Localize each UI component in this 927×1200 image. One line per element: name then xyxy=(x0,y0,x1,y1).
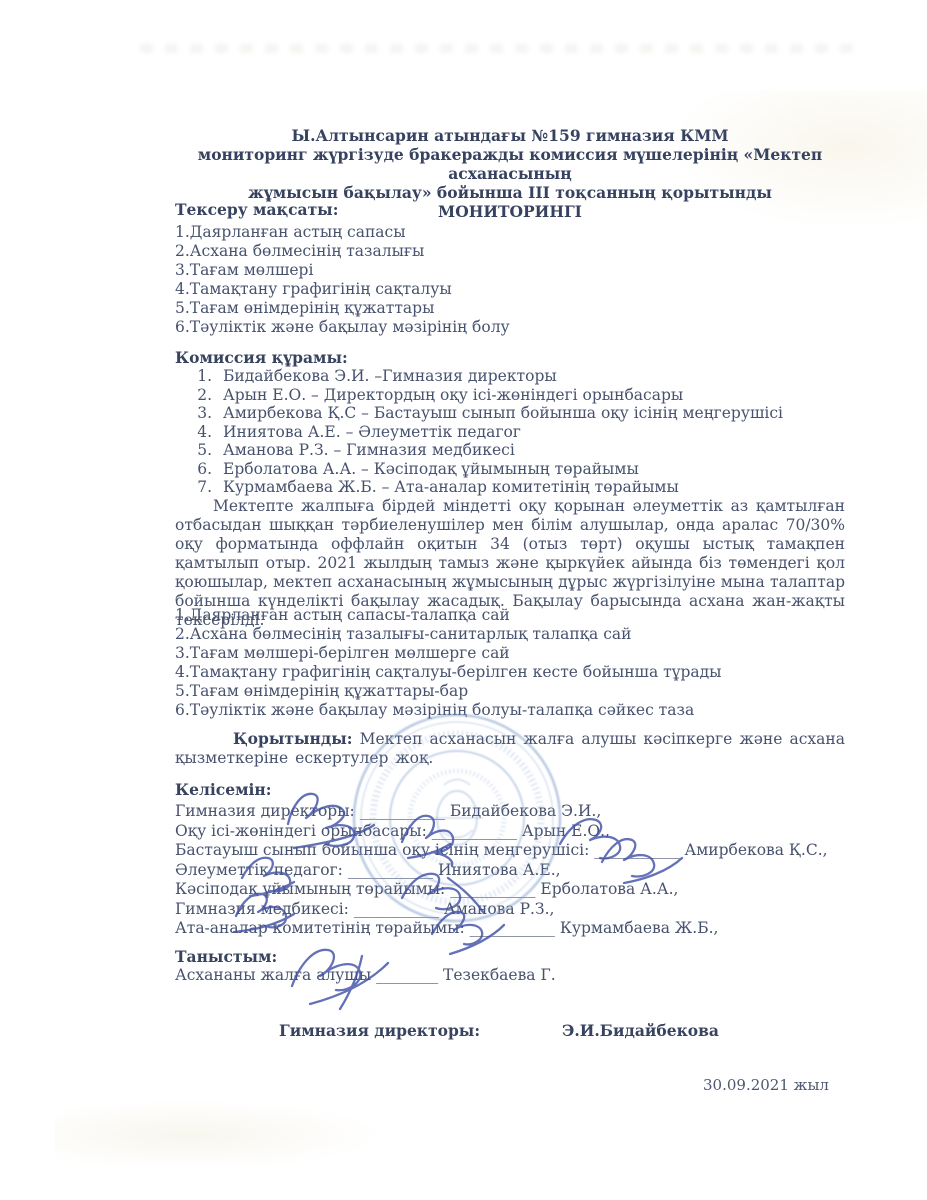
signer-role: Кәсіподақ ұйымының төрайымы: xyxy=(175,880,450,898)
list-item: 1.Даярланған астың сапасы xyxy=(175,223,845,242)
signer-name: Амирбекова Қ.С., xyxy=(680,841,828,859)
signer-role: Асхананы жалға алушы xyxy=(175,966,376,984)
signer-name: Арын Е.О., xyxy=(517,822,610,840)
commission-heading: Комиссия құрамы: xyxy=(175,348,845,367)
scan-tint-artifact xyxy=(55,1100,385,1170)
commission-section: Комиссия құрамы: Бидайбекова Э.И. –Гимна… xyxy=(175,348,845,497)
signature-line-canteen-lessee: Асхананы жалға алушы ________ Тезекбаева… xyxy=(175,966,845,986)
commission-member: Арын Е.О. – Директордың оқу ісі-жөніндег… xyxy=(217,386,845,405)
findings-list: 1.Даярланған астың сапасы-талапқа сай 2.… xyxy=(175,606,845,720)
list-item: 5.Тағам өнімдерінің құжаттары-бар xyxy=(175,682,845,701)
list-item: 3.Тағам мөлшері-берілген мөлшерге сай xyxy=(175,644,845,663)
signature-line-union-chair: Кәсіподақ ұйымының төрайымы: ___________… xyxy=(175,880,845,900)
acknowledged-heading: Таныстым: xyxy=(175,947,845,966)
agreement-section: Келісемін: Гимназия директоры: _________… xyxy=(175,780,845,939)
list-item: 5.Тағам өнімдерінің құжаттары xyxy=(175,299,845,318)
signer-name: Ерболатова А.А., xyxy=(535,880,678,898)
signer-role: Гимназия медбикесі: xyxy=(175,900,354,918)
list-item: 1.Даярланған астың сапасы-талапқа сай xyxy=(175,606,845,625)
signer-name: Тезекбаева Г. xyxy=(438,966,556,984)
signature-line-nurse: Гимназия медбикесі: ___________ Аманова … xyxy=(175,900,845,920)
footer-signature-row: Гимназия директоры: Э.И.Бидайбекова xyxy=(175,1021,845,1041)
inspection-goals-section: Тексеру мақсаты: 1.Даярланған астың сапа… xyxy=(175,200,845,337)
conclusion-paragraph: Қорытынды: Мектеп асханасын жалға алушы … xyxy=(175,729,845,768)
signature-blank: ________ xyxy=(376,966,438,984)
signature-line-deputy: Оқу ісі-жөніндегі орынбасары: __________… xyxy=(175,822,845,842)
list-item: 6.Тәуліктік және бақылау мәзірінің болуы… xyxy=(175,701,845,720)
signer-role: Гимназия директоры: xyxy=(175,802,360,820)
findings-section: 1.Даярланған астың сапасы-талапқа сай 2.… xyxy=(175,606,845,720)
title-line-2: мониторинг жүргізуде бракеражды комиссия… xyxy=(175,145,845,183)
signature-lines: Гимназия директоры: ___________ Бидайбек… xyxy=(175,802,845,939)
signer-name: Курмамбаева Ж.Б., xyxy=(555,919,719,937)
title-line-1: Ы.Алтынсарин атындағы №159 гимназия КММ xyxy=(175,126,845,145)
footer-name: Э.И.Бидайбекова xyxy=(562,1021,719,1040)
signature-line-social-pedagogue: Әлеуметтік педагог: ___________ Иниятова… xyxy=(175,861,845,881)
signature-blank: ___________ xyxy=(348,861,433,879)
signature-blank: ___________ xyxy=(354,900,439,918)
scanned-document-page: Ы.Алтынсарин атындағы №159 гимназия КММ … xyxy=(0,0,927,1200)
list-item: 4.Тамақтану графигінің сақталуы xyxy=(175,280,845,299)
commission-member: Аманова Р.З. – Гимназия медбикесі xyxy=(217,441,845,460)
signer-role: Оқу ісі-жөніндегі орынбасары: xyxy=(175,822,432,840)
acknowledged-section: Таныстым: Асхананы жалға алушы ________ … xyxy=(175,947,845,986)
list-item: 3.Тағам мөлшері xyxy=(175,261,845,280)
footer-role: Гимназия директоры: xyxy=(279,1021,480,1040)
commission-member: Курмамбаева Ж.Б. – Ата-аналар комитетіні… xyxy=(217,478,845,497)
signature-line-director: Гимназия директоры: ___________ Бидайбек… xyxy=(175,802,845,822)
signer-role: Әлеуметтік педагог: xyxy=(175,861,348,879)
document-date: 30.09.2021 жыл xyxy=(703,1076,903,1095)
signature-line-primary-head: Бастауыш сынып бойынша оқу ісінің меңгер… xyxy=(175,841,845,861)
signature-line-parents-chair: Ата-аналар комитетінің төрайымы: _______… xyxy=(175,919,845,939)
scan-bleedthrough-artifact xyxy=(140,44,855,53)
commission-member: Амирбекова Қ.С – Бастауыш сынып бойынша … xyxy=(217,404,845,423)
inspection-goals-heading: Тексеру мақсаты: xyxy=(175,200,845,219)
commission-member: Бидайбекова Э.И. –Гимназия директоры xyxy=(217,367,845,386)
list-item: 2.Асхана бөлмесінің тазалығы-санитарлық … xyxy=(175,625,845,644)
signature-blank: ___________ xyxy=(450,880,535,898)
list-item: 2.Асхана бөлмесінің тазалығы xyxy=(175,242,845,261)
agreement-heading: Келісемін: xyxy=(175,780,845,799)
signature-blank: ___________ xyxy=(360,802,445,820)
signature-blank: ___________ xyxy=(432,822,517,840)
signer-name: Аманова Р.З., xyxy=(439,900,554,918)
signer-role: Бастауыш сынып бойынша оқу ісінің меңгер… xyxy=(175,841,594,859)
signer-name: Иниятова А.Е., xyxy=(433,861,561,879)
signer-role: Ата-аналар комитетінің төрайымы: xyxy=(175,919,470,937)
signature-blank: ___________ xyxy=(594,841,679,859)
conclusion-label: Қорытынды: xyxy=(233,729,352,748)
inspection-goals-list: 1.Даярланған астың сапасы 2.Асхана бөлме… xyxy=(175,223,845,337)
signer-name: Бидайбекова Э.И., xyxy=(445,802,601,820)
signature-blank: ___________ xyxy=(470,919,555,937)
list-item: 4.Тамақтану графигінің сақталуы-берілген… xyxy=(175,663,845,682)
list-item: 6.Тәуліктік және бақылау мәзірінің болу xyxy=(175,318,845,337)
commission-member: Иниятова А.Е. – Әлеуметтік педагог xyxy=(217,423,845,442)
commission-member: Ерболатова А.А. – Кәсіподақ ұйымының төр… xyxy=(217,460,845,479)
commission-members-list: Бидайбекова Э.И. –Гимназия директоры Ары… xyxy=(175,367,845,497)
